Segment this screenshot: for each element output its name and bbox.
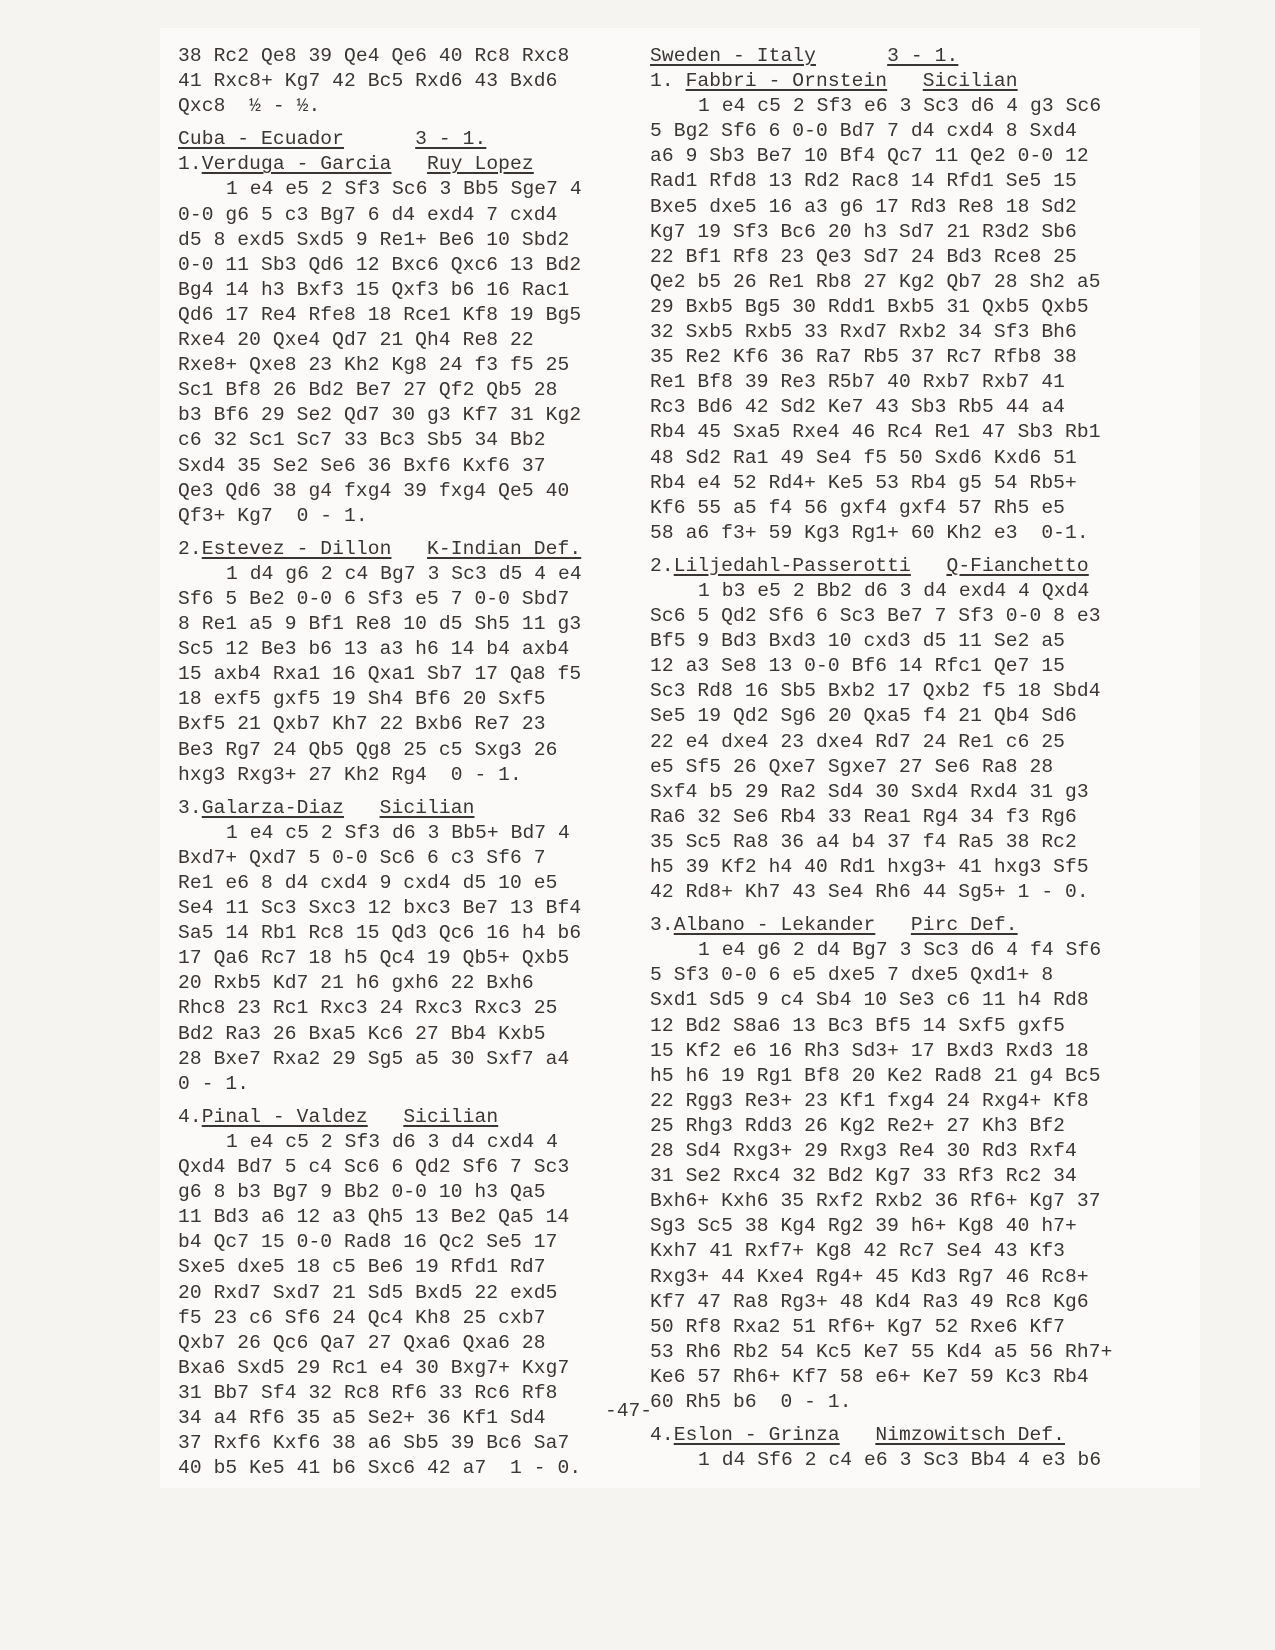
game-players: Liljedahl-Passerotti <box>674 555 911 577</box>
move-line: 1 e4 g6 2 d4 Bg7 3 Sc3 d6 4 f4 Sf6 <box>650 938 1112 963</box>
game-number: 3. <box>650 914 674 936</box>
move-line: Bxh6+ Kxh6 35 Rxf2 Rxb2 36 Rf6+ Kg7 37 <box>650 1189 1112 1214</box>
move-line: Rb4 45 Sxa5 Rxe4 46 Rc4 Re1 47 Sb3 Rb1 <box>650 420 1112 445</box>
match-teams: Cuba - Ecuador <box>178 128 344 150</box>
game-players: Pinal - Valdez <box>202 1106 368 1128</box>
move-line: Qxb7 26 Qc6 Qa7 27 Qxa6 Qxa6 28 <box>178 1331 582 1356</box>
move-line: Kxh7 41 Rxf7+ Kg8 42 Rc7 Se4 43 Kf3 <box>650 1239 1112 1264</box>
move-line: 15 axb4 Rxa1 16 Qxa1 Sb7 17 Qa8 f5 <box>178 662 582 687</box>
game-players: Verduga - Garcia <box>202 153 392 175</box>
move-line: Bd2 Ra3 26 Bxa5 Kc6 27 Bb4 Kxb5 <box>178 1022 582 1047</box>
move-line: 0-0 g6 5 c3 Bg7 6 d4 exd4 7 cxd4 <box>178 203 582 228</box>
move-line: Kf6 55 a5 f4 56 gxf4 gxf4 57 Rh5 e5 <box>650 496 1112 521</box>
move-line: Sf6 5 Be2 0-0 6 Sf3 e5 7 0-0 Sbd7 <box>178 587 582 612</box>
move-line: Rxe8+ Qxe8 23 Kh2 Kg8 24 f3 f5 25 <box>178 353 582 378</box>
game-opening: Nimzowitsch Def. <box>875 1424 1065 1446</box>
left-column: 38 Rc2 Qe8 39 Qe4 Qe6 40 Rc8 Rxc841 Rxc8… <box>178 44 582 1481</box>
move-line: 28 Bxe7 Rxa2 29 Sg5 a5 30 Sxf7 a4 <box>178 1047 582 1072</box>
move-line: Be3 Rg7 24 Qb5 Qg8 25 c5 Sxg3 26 <box>178 738 582 763</box>
game-separator <box>650 1415 1112 1423</box>
match-teams: Sweden - Italy <box>650 45 816 67</box>
move-line: Rc3 Bd6 42 Sd2 Ke7 43 Sb3 Rb5 44 a4 <box>650 395 1112 420</box>
game-players: Fabbri - Ornstein <box>686 70 888 92</box>
game-opening: Sicilian <box>380 797 475 819</box>
move-line: Sc1 Bf8 26 Bd2 Be7 27 Qf2 Qb5 28 <box>178 378 582 403</box>
move-line: 20 Rxb5 Kd7 21 h6 gxh6 22 Bxh6 <box>178 971 582 996</box>
move-line: Re1 e6 8 d4 cxd4 9 cxd4 d5 10 e5 <box>178 871 582 896</box>
move-line: f5 23 c6 Sf6 24 Qc4 Kh8 25 cxb7 <box>178 1306 582 1331</box>
move-line: 31 Se2 Rxc4 32 Bd2 Kg7 33 Rf3 Rc2 34 <box>650 1164 1112 1189</box>
move-line: 40 b5 Ke5 41 b6 Sxc6 42 a7 1 - 0. <box>178 1456 582 1481</box>
move-line: Sxe5 dxe5 18 c5 Be6 19 Rfd1 Rd7 <box>178 1255 582 1280</box>
move-line: Bxa6 Sxd5 29 Rc1 e4 30 Bxg7+ Kxg7 <box>178 1356 582 1381</box>
move-line: Qxd4 Bd7 5 c4 Sc6 6 Qd2 Sf6 7 Sc3 <box>178 1155 582 1180</box>
move-line: Sc5 12 Be3 b6 13 a3 h6 14 b4 axb4 <box>178 637 582 662</box>
game-separator <box>178 788 582 796</box>
game-heading: 2.Estevez - Dillon K-Indian Def. <box>178 537 582 562</box>
match-score: 3 - 1. <box>415 128 486 150</box>
move-line: Ra6 32 Se6 Rb4 33 Rea1 Rg4 34 f3 Rg6 <box>650 805 1112 830</box>
move-line: 22 Rgg3 Re3+ 23 Kf1 fxg4 24 Rxg4+ Kf8 <box>650 1089 1112 1114</box>
move-line: 31 Bb7 Sf4 32 Rc8 Rf6 33 Rc6 Rf8 <box>178 1381 582 1406</box>
move-line: Qf3+ Kg7 0 - 1. <box>178 504 582 529</box>
move-line: Sc3 Rd8 16 Sb5 Bxb2 17 Qxb2 f5 18 Sbd4 <box>650 679 1112 704</box>
game-number: 2. <box>178 538 202 560</box>
move-line: Kf7 47 Ra8 Rg3+ 48 Kd4 Ra3 49 Rc8 Kg6 <box>650 1290 1112 1315</box>
move-line: 48 Sd2 Ra1 49 Se4 f5 50 Sxd6 Kxd6 51 <box>650 446 1112 471</box>
move-line: Qe2 b5 26 Re1 Rb8 27 Kg2 Qb7 28 Sh2 a5 <box>650 270 1112 295</box>
move-line: 20 Rxd7 Sxd7 21 Sd5 Bxd5 22 exd5 <box>178 1281 582 1306</box>
page-number: -47- <box>605 1400 652 1422</box>
game-opening: Q-Fianchetto <box>946 555 1088 577</box>
move-line: 50 Rf8 Rxa2 51 Rf6+ Kg7 52 Rxe6 Kf7 <box>650 1315 1112 1340</box>
game-number: 1. <box>178 153 202 175</box>
game-opening: Ruy Lopez <box>427 153 534 175</box>
game-players: Galarza-Diaz <box>202 797 344 819</box>
game-heading: 4.Pinal - Valdez Sicilian <box>178 1105 582 1130</box>
section-separator <box>178 119 582 127</box>
move-line: 5 Sf3 0-0 6 e5 dxe5 7 dxe5 Qxd1+ 8 <box>650 963 1112 988</box>
match-heading: Sweden - Italy 3 - 1. <box>650 44 1112 69</box>
move-line: 12 Bd2 S8a6 13 Bc3 Bf5 14 Sxf5 gxf5 <box>650 1014 1112 1039</box>
match-score: 3 - 1. <box>887 45 958 67</box>
move-line: 1 e4 e5 2 Sf3 Sc6 3 Bb5 Sge7 4 <box>178 177 582 202</box>
move-line: Bf5 9 Bd3 Bxd3 10 cxd3 d5 11 Se2 a5 <box>650 629 1112 654</box>
move-line: Sxd4 35 Se2 Se6 36 Bxf6 Kxf6 37 <box>178 454 582 479</box>
move-line: Rad1 Rfd8 13 Rd2 Rac8 14 Rfd1 Se5 15 <box>650 169 1112 194</box>
game-number: 4. <box>178 1106 202 1128</box>
move-line: 1 d4 g6 2 c4 Bg7 3 Sc3 d5 4 e4 <box>178 562 582 587</box>
move-line: Kg7 19 Sf3 Bc6 20 h3 Sd7 21 R3d2 Sb6 <box>650 220 1112 245</box>
match-heading: Cuba - Ecuador 3 - 1. <box>178 127 582 152</box>
move-line: 60 Rh5 b6 0 - 1. <box>650 1390 1112 1415</box>
move-line: 1 e4 c5 2 Sf3 d6 3 Bb5+ Bd7 4 <box>178 821 582 846</box>
move-line: 15 Kf2 e6 16 Rh3 Sd3+ 17 Bxd3 Rxd3 18 <box>650 1039 1112 1064</box>
move-line: 0 - 1. <box>178 1072 582 1097</box>
move-line: Sxd1 Sd5 9 c4 Sb4 10 Se3 c6 11 h4 Rd8 <box>650 988 1112 1013</box>
move-line: 25 Rhg3 Rdd3 26 Kg2 Re2+ 27 Kh3 Bf2 <box>650 1114 1112 1139</box>
game-separator <box>178 1097 582 1105</box>
move-line: Sg3 Sc5 38 Kg4 Rg2 39 h6+ Kg8 40 h7+ <box>650 1214 1112 1239</box>
game-number: 3. <box>178 797 202 819</box>
game-heading: 4.Eslon - Grinza Nimzowitsch Def. <box>650 1423 1112 1448</box>
game-players: Eslon - Grinza <box>674 1424 840 1446</box>
move-line: Bg4 14 h3 Bxf3 15 Qxf3 b6 16 Rac1 <box>178 278 582 303</box>
move-line: g6 8 b3 Bg7 9 Bb2 0-0 10 h3 Qa5 <box>178 1180 582 1205</box>
move-line: 1 b3 e5 2 Bb2 d6 3 d4 exd4 4 Qxd4 <box>650 579 1112 604</box>
move-line: 42 Rd8+ Kh7 43 Se4 Rh6 44 Sg5+ 1 - 0. <box>650 880 1112 905</box>
continuation-line: 41 Rxc8+ Kg7 42 Bc5 Rxd6 43 Bxd6 <box>178 69 582 94</box>
move-line: Rxe4 20 Qxe4 Qd7 21 Qh4 Re8 22 <box>178 328 582 353</box>
move-line: Re1 Bf8 39 Re3 R5b7 40 Rxb7 Rxb7 41 <box>650 370 1112 395</box>
move-line: b4 Qc7 15 0-0 Rad8 16 Qc2 Se5 17 <box>178 1230 582 1255</box>
move-line: Bxd7+ Qxd7 5 0-0 Sc6 6 c3 Sf6 7 <box>178 846 582 871</box>
move-line: e5 Sf5 26 Qxe7 Sgxe7 27 Se6 Ra8 28 <box>650 755 1112 780</box>
game-separator <box>178 529 582 537</box>
game-heading: 1.Verduga - Garcia Ruy Lopez <box>178 152 582 177</box>
move-line: Sc6 5 Qd2 Sf6 6 Sc3 Be7 7 Sf3 0-0 8 e3 <box>650 604 1112 629</box>
game-players: Albano - Lekander <box>674 914 876 936</box>
move-line: 58 a6 f3+ 59 Kg3 Rg1+ 60 Kh2 e3 0-1. <box>650 521 1112 546</box>
move-line: 1 e4 c5 2 Sf3 e6 3 Sc3 d6 4 g3 Sc6 <box>650 94 1112 119</box>
move-line: 34 a4 Rf6 35 a5 Se2+ 36 Kf1 Sd4 <box>178 1406 582 1431</box>
move-line: Qe3 Qd6 38 g4 fxg4 39 fxg4 Qe5 40 <box>178 479 582 504</box>
game-opening: Sicilian <box>923 70 1018 92</box>
continuation-line: Qxc8 ½ - ½. <box>178 94 582 119</box>
move-line: Se4 11 Sc3 Sxc3 12 bxc3 Be7 13 Bf4 <box>178 896 582 921</box>
move-line: Qd6 17 Re4 Rfe8 18 Rce1 Kf8 19 Bg5 <box>178 303 582 328</box>
right-column: Sweden - Italy 3 - 1.1. Fabbri - Ornstei… <box>650 44 1112 1473</box>
game-players: Estevez - Dillon <box>202 538 392 560</box>
move-line: 5 Bg2 Sf6 6 0-0 Bd7 7 d4 cxd4 8 Sxd4 <box>650 119 1112 144</box>
move-line: b3 Bf6 29 Se2 Qd7 30 g3 Kf7 31 Kg2 <box>178 403 582 428</box>
move-line: 22 Bf1 Rf8 23 Qe3 Sd7 24 Bd3 Rce8 25 <box>650 245 1112 270</box>
move-line: 11 Bd3 a6 12 a3 Qh5 13 Be2 Qa5 14 <box>178 1205 582 1230</box>
move-line: 53 Rh6 Rb2 54 Kc5 Ke7 55 Kd4 a5 56 Rh7+ <box>650 1340 1112 1365</box>
move-line: Sxf4 b5 29 Ra2 Sd4 30 Sxd4 Rxd4 31 g3 <box>650 780 1112 805</box>
move-line: 22 e4 dxe4 23 dxe4 Rd7 24 Re1 c6 25 <box>650 730 1112 755</box>
move-line: 29 Bxb5 Bg5 30 Rdd1 Bxb5 31 Qxb5 Qxb5 <box>650 295 1112 320</box>
game-heading: 3.Galarza-Diaz Sicilian <box>178 796 582 821</box>
move-line: 32 Sxb5 Rxb5 33 Rxd7 Rxb2 34 Sf3 Bh6 <box>650 320 1112 345</box>
move-line: 1 d4 Sf6 2 c4 e6 3 Sc3 Bb4 4 e3 b6 <box>650 1448 1112 1473</box>
move-line: 1 e4 c5 2 Sf3 d6 3 d4 cxd4 4 <box>178 1130 582 1155</box>
move-line: h5 39 Kf2 h4 40 Rd1 hxg3+ 41 hxg3 Sf5 <box>650 855 1112 880</box>
move-line: d5 8 exd5 Sxd5 9 Re1+ Be6 10 Sbd2 <box>178 228 582 253</box>
move-line: 0-0 11 Sb3 Qd6 12 Bxc6 Qxc6 13 Bd2 <box>178 253 582 278</box>
move-line: Se5 19 Qd2 Sg6 20 Qxa5 f4 21 Qb4 Sd6 <box>650 704 1112 729</box>
move-line: c6 32 Sc1 Sc7 33 Bc3 Sb5 34 Bb2 <box>178 428 582 453</box>
game-opening: Pirc Def. <box>911 914 1018 936</box>
game-opening: K-Indian Def. <box>427 538 581 560</box>
move-line: 35 Sc5 Ra8 36 a4 b4 37 f4 Ra5 38 Rc2 <box>650 830 1112 855</box>
move-line: Rb4 e4 52 Rd4+ Ke5 53 Rb4 g5 54 Rb5+ <box>650 471 1112 496</box>
move-line: 17 Qa6 Rc7 18 h5 Qc4 19 Qb5+ Qxb5 <box>178 946 582 971</box>
move-line: 18 exf5 gxf5 19 Sh4 Bf6 20 Sxf5 <box>178 687 582 712</box>
move-line: Bxf5 21 Qxb7 Kh7 22 Bxb6 Re7 23 <box>178 712 582 737</box>
game-number: 1. <box>650 70 686 92</box>
move-line: 8 Re1 a5 9 Bf1 Re8 10 d5 Sh5 11 g3 <box>178 612 582 637</box>
move-line: hxg3 Rxg3+ 27 Kh2 Rg4 0 - 1. <box>178 763 582 788</box>
move-line: 37 Rxf6 Kxf6 38 a6 Sb5 39 Bc6 Sa7 <box>178 1431 582 1456</box>
move-line: Sa5 14 Rb1 Rc8 15 Qd3 Qc6 16 h4 b6 <box>178 921 582 946</box>
game-separator <box>650 905 1112 913</box>
move-line: Rhc8 23 Rc1 Rxc3 24 Rxc3 Rxc3 25 <box>178 996 582 1021</box>
continuation-line: 38 Rc2 Qe8 39 Qe4 Qe6 40 Rc8 Rxc8 <box>178 44 582 69</box>
game-separator <box>650 546 1112 554</box>
game-heading: 3.Albano - Lekander Pirc Def. <box>650 913 1112 938</box>
game-number: 4. <box>650 1424 674 1446</box>
game-opening: Sicilian <box>403 1106 498 1128</box>
move-line: 12 a3 Se8 13 0-0 Bf6 14 Rfc1 Qe7 15 <box>650 654 1112 679</box>
move-line: 35 Re2 Kf6 36 Ra7 Rb5 37 Rc7 Rfb8 38 <box>650 345 1112 370</box>
move-line: h5 h6 19 Rg1 Bf8 20 Ke2 Rad8 21 g4 Bc5 <box>650 1064 1112 1089</box>
game-heading: 2.Liljedahl-Passerotti Q-Fianchetto <box>650 554 1112 579</box>
move-line: 28 Sd4 Rxg3+ 29 Rxg3 Re4 30 Rd3 Rxf4 <box>650 1139 1112 1164</box>
move-line: Rxg3+ 44 Kxe4 Rg4+ 45 Kd3 Rg7 46 Rc8+ <box>650 1265 1112 1290</box>
move-line: Ke6 57 Rh6+ Kf7 58 e6+ Ke7 59 Kc3 Rb4 <box>650 1365 1112 1390</box>
game-number: 2. <box>650 555 674 577</box>
move-line: Bxe5 dxe5 16 a3 g6 17 Rd3 Re8 18 Sd2 <box>650 195 1112 220</box>
move-line: a6 9 Sb3 Be7 10 Bf4 Qc7 11 Qe2 0-0 12 <box>650 144 1112 169</box>
game-heading: 1. Fabbri - Ornstein Sicilian <box>650 69 1112 94</box>
